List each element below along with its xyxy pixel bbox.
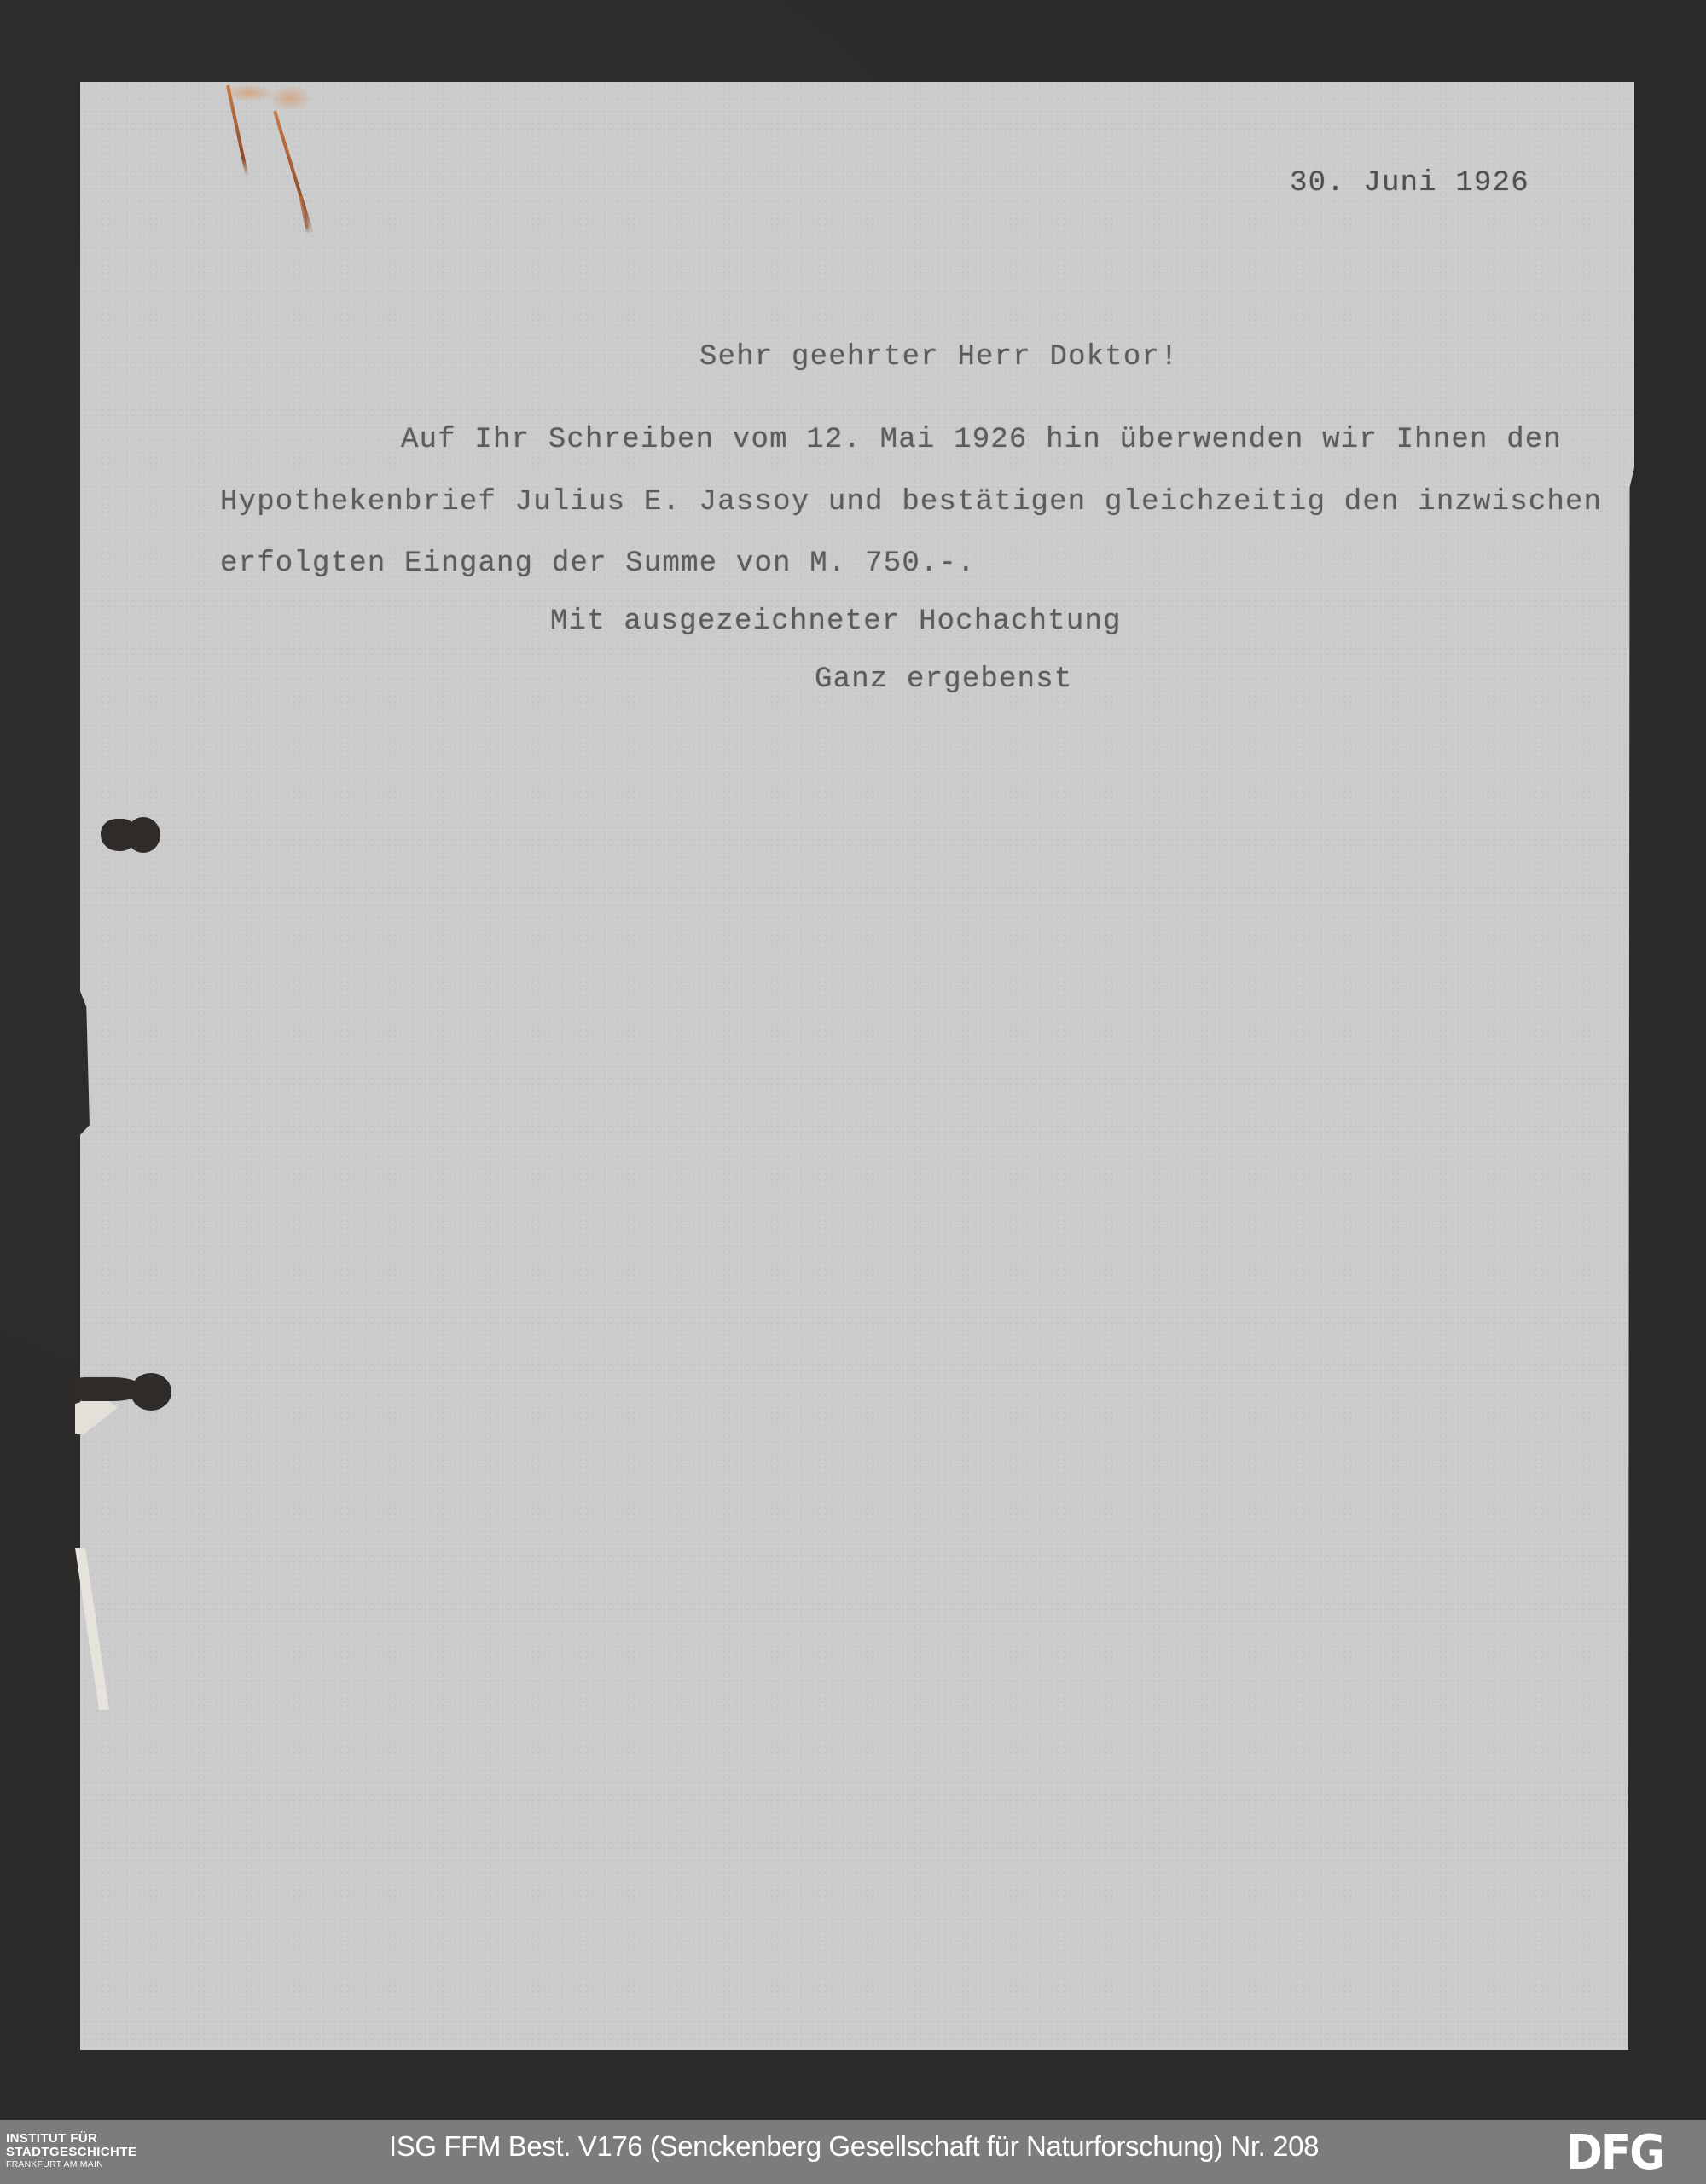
letter-closing: Ganz ergebenst (815, 663, 1072, 696)
institute-logo: INSTITUT FÜR STADTGESCHICHTE FRANKFURT A… (6, 2132, 136, 2170)
letter-body-line: erfolgten Eingang der Summe von M. 750.-… (220, 547, 976, 580)
archive-caption: ISG FFM Best. V176 (Senckenberg Gesellsc… (389, 2130, 1319, 2163)
punch-hole-icon (126, 817, 160, 853)
rust-stain-icon (269, 85, 311, 111)
letter-body-line: Auf Ihr Schreiben vom 12. Mai 1926 hin ü… (401, 424, 1562, 456)
dfg-logo: DFG (1566, 2129, 1664, 2178)
punch-hole-icon (131, 1373, 171, 1411)
institute-logo-line: STADTGESCHICHTE (6, 2146, 136, 2159)
letter-sheet (80, 82, 1634, 2050)
letter-closing: Mit ausgezeichneter Hochachtung (550, 605, 1122, 638)
letter-body-line: Hypothekenbrief Julius E. Jassoy und bes… (220, 486, 1602, 518)
institute-logo-line: FRANKFURT AM MAIN (6, 2160, 136, 2170)
institute-logo-line: INSTITUT FÜR (6, 2132, 136, 2146)
archive-footer: INSTITUT FÜR STADTGESCHICHTE FRANKFURT A… (0, 2120, 1706, 2184)
letter-salutation: Sehr geehrter Herr Doktor! (699, 341, 1179, 374)
letter-date: 30. Juni 1926 (1290, 167, 1529, 200)
